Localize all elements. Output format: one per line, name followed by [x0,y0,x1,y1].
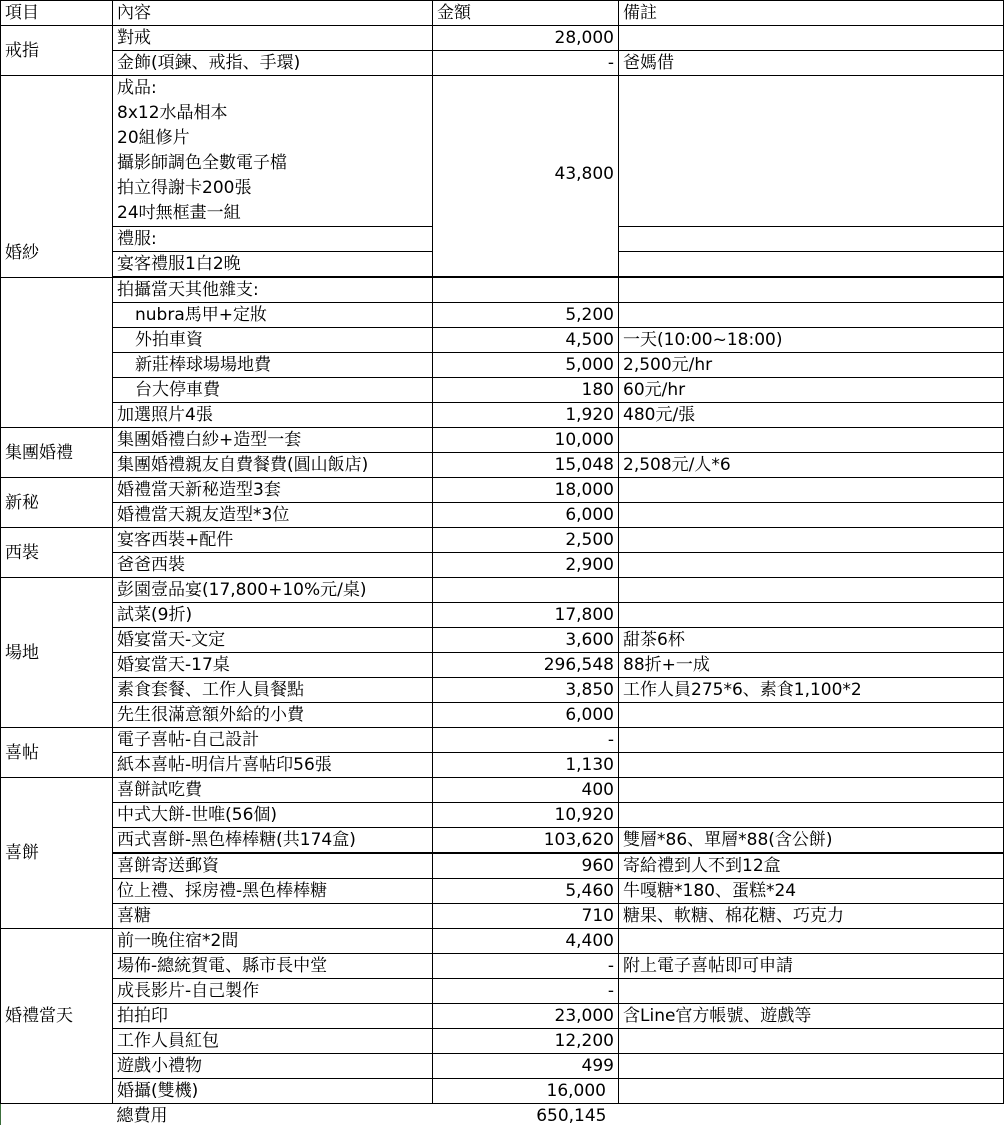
category-cell: 喜帖 [1,728,113,778]
content-cell: 婚攝(雙機) [113,1079,433,1104]
note-cell [619,252,1004,278]
table-row: 婚禮當天 前一晚住宿*2間 4,400 [1,929,1004,954]
table-row: 場佈-總統賀電、縣市長中堂 - 附上電子喜帖即可申請 [1,954,1004,979]
table-row: 婚宴當天-文定 3,600 甜茶6杯 [1,628,1004,653]
content-cell: 集團婚禮親友自費餐費(圓山飯店) [113,453,433,478]
table-row: 拍攝當天其他雜支: [1,277,1004,303]
note-cell: 含Line官方帳號、遊戲等 [619,1004,1004,1029]
content-cell: 拍拍印 [113,1004,433,1029]
table-row: 西裝 宴客西裝+配件 2,500 [1,528,1004,553]
note-cell [619,929,1004,954]
content-cell: 場佈-總統賀電、縣市長中堂 [113,954,433,979]
header-content: 內容 [113,1,433,26]
amount-cell: 400 [433,778,619,803]
table-row: 集團婚禮 集團婚禮白紗+造型一套 10,000 [1,428,1004,453]
total-row: 總費用 650,145 [1,1104,1004,1125]
table-row: 加選照片4張 1,920 480元/張 [1,403,1004,428]
amount-cell: 10,920 [433,803,619,828]
table-row: 位上禮、採房禮-黑色棒棒糖 5,460 牛嘎糖*180、蛋糕*24 [1,879,1004,904]
note-cell: 一天(10:00~18:00) [619,328,1004,353]
note-cell [619,428,1004,453]
table-row: 新秘 婚禮當天新秘造型3套 18,000 [1,478,1004,503]
content-cell: 先生很滿意額外給的小費 [113,703,433,728]
content-cell: 彭園壹品宴(17,800+10%元/桌) [113,578,433,603]
amount-cell: 12,200 [433,1029,619,1054]
amount-cell: 5,200 [433,303,619,328]
package-line: 20組修片 [117,126,428,151]
category-cell: 婚紗 [1,76,113,278]
amount-cell: 15,048 [433,453,619,478]
amount-cell: 180 [433,378,619,403]
table-row: 婚宴當天-17桌 296,548 88折+一成 [1,653,1004,678]
amount-cell: 6,000 [433,503,619,528]
table-row: 先生很滿意額外給的小費 6,000 [1,703,1004,728]
content-cell: 位上禮、採房禮-黑色棒棒糖 [113,879,433,904]
amount-cell: 43,800 [433,76,619,278]
amount-cell [433,578,619,603]
content-cell: 新莊棒球場場地費 [113,353,433,378]
amount-cell: 499 [433,1054,619,1079]
table-row: nubra馬甲+定妝 5,200 [1,303,1004,328]
content-cell: 電子喜帖-自己設計 [113,728,433,753]
content-cell: 外拍車資 [113,328,433,353]
content-cell: 喜餅寄送郵資 [113,853,433,879]
header-note: 備註 [619,1,1004,26]
note-cell [619,753,1004,778]
content-cell: 金飾(項鍊、戒指、手環) [113,51,433,76]
content-cell: 婚禮當天新秘造型3套 [113,478,433,503]
amount-cell: 960 [433,853,619,879]
table-row: 西式喜餅-黑色棒棒糖(共174盒) 103,620 雙層*86、單層*88(含公… [1,828,1004,854]
wedding-budget-table: 項目 內容 金額 備註 戒指 對戒 28,000 金飾(項鍊、戒指、手環) - … [0,0,1004,1125]
note-cell [619,803,1004,828]
category-cell: 婚禮當天 [1,929,113,1104]
table-row: 婚攝(雙機) 16,000 [1,1079,1004,1104]
amount-cell: 18,000 [433,478,619,503]
note-cell: 糖果、軟糖、棉花糖、巧克力 [619,904,1004,929]
content-cell: 禮服: [113,227,433,252]
note-cell [619,728,1004,753]
note-cell [619,478,1004,503]
table-row: 外拍車資 4,500 一天(10:00~18:00) [1,328,1004,353]
note-cell: 寄給禮到人不到12盒 [619,853,1004,879]
table-row: 喜糖 710 糖果、軟糖、棉花糖、巧克力 [1,904,1004,929]
content-cell: 宴客西裝+配件 [113,528,433,553]
amount-cell: 4,400 [433,929,619,954]
amount-cell: 16,000 [433,1079,619,1104]
content-cell: 喜餅試吃費 [113,778,433,803]
content-cell: 遊戲小禮物 [113,1054,433,1079]
amount-cell: - [433,728,619,753]
note-cell [619,553,1004,578]
package-line: 攝影師調色全數電子檔 [117,151,428,176]
category-cell: 新秘 [1,478,113,528]
note-cell: 2,508元/人*6 [619,453,1004,478]
amount-cell: 2,900 [433,553,619,578]
amount-cell: 296,548 [433,653,619,678]
category-cell: 戒指 [1,26,113,76]
amount-cell: 3,850 [433,678,619,703]
category-cell: 集團婚禮 [1,428,113,478]
amount-cell: 3,600 [433,628,619,653]
total-label: 總費用 [113,1104,433,1125]
content-cell: 宴客禮服1白2晚 [113,252,433,278]
amount-cell: 1,920 [433,403,619,428]
note-cell [619,26,1004,51]
total-spacer [1,1104,113,1125]
amount-cell: 23,000 [433,1004,619,1029]
amount-cell: - [433,979,619,1004]
amount-cell: 5,460 [433,879,619,904]
amount-cell: 1,130 [433,753,619,778]
note-cell [619,503,1004,528]
amount-cell: 2,500 [433,528,619,553]
note-cell: 附上電子喜帖即可申請 [619,954,1004,979]
note-cell [619,76,1004,227]
table-row: 婚紗 成品: 8x12水晶相本 20組修片 攝影師調色全數電子檔 拍立得謝卡20… [1,76,1004,227]
table-row: 喜帖 電子喜帖-自己設計 - [1,728,1004,753]
table-row: 場地 彭園壹品宴(17,800+10%元/桌) [1,578,1004,603]
content-cell: 試菜(9折) [113,603,433,628]
category-cell-continued [1,277,113,428]
content-cell: 集團婚禮白紗+造型一套 [113,428,433,453]
content-cell: 對戒 [113,26,433,51]
note-cell: 88折+一成 [619,653,1004,678]
content-cell: 喜糖 [113,904,433,929]
amount-cell [433,277,619,303]
note-cell: 60元/hr [619,378,1004,403]
table-row: 素食套餐、工作人員餐點 3,850 工作人員275*6、素食1,100*2 [1,678,1004,703]
table-row: 中式大餅-世唯(56個) 10,920 [1,803,1004,828]
table-row: 工作人員紅包 12,200 [1,1029,1004,1054]
note-cell [619,1029,1004,1054]
amount-cell: 710 [433,904,619,929]
note-cell [619,603,1004,628]
content-cell: 婚宴當天-文定 [113,628,433,653]
table-row: 試菜(9折) 17,800 [1,603,1004,628]
content-cell: 素食套餐、工作人員餐點 [113,678,433,703]
package-content-cell: 成品: 8x12水晶相本 20組修片 攝影師調色全數電子檔 拍立得謝卡200張 … [113,76,433,227]
note-cell [619,1054,1004,1079]
amount-cell: 4,500 [433,328,619,353]
amount-cell: - [433,51,619,76]
content-cell: 工作人員紅包 [113,1029,433,1054]
package-line: 24吋無框畫一組 [117,201,428,226]
table-row: 爸爸西裝 2,900 [1,553,1004,578]
header-amount: 金額 [433,1,619,26]
content-cell: nubra馬甲+定妝 [113,303,433,328]
table-row: 喜餅 喜餅試吃費 400 [1,778,1004,803]
table-row: 拍拍印 23,000 含Line官方帳號、遊戲等 [1,1004,1004,1029]
content-cell: 西式喜餅-黑色棒棒糖(共174盒) [113,828,433,854]
table-row: 金飾(項鍊、戒指、手環) - 爸媽借 [1,51,1004,76]
table-row: 台大停車費 180 60元/hr [1,378,1004,403]
table-row: 喜餅寄送郵資 960 寄給禮到人不到12盒 [1,853,1004,879]
note-cell: 牛嘎糖*180、蛋糕*24 [619,879,1004,904]
amount-cell: - [433,954,619,979]
content-cell: 婚禮當天親友造型*3位 [113,503,433,528]
note-cell [619,227,1004,252]
content-cell: 加選照片4張 [113,403,433,428]
amount-cell: 6,000 [433,703,619,728]
category-cell: 喜餅 [1,778,113,929]
amount-cell: 28,000 [433,26,619,51]
amount-cell: 17,800 [433,603,619,628]
amount-cell: 103,620 [433,828,619,854]
table-row: 戒指 對戒 28,000 [1,26,1004,51]
note-cell: 雙層*86、單層*88(含公餅) [619,828,1004,854]
table-row: 紙本喜帖-明信片喜帖印56張 1,130 [1,753,1004,778]
note-cell: 工作人員275*6、素食1,100*2 [619,678,1004,703]
content-cell: 台大停車費 [113,378,433,403]
content-cell: 紙本喜帖-明信片喜帖印56張 [113,753,433,778]
table-row: 遊戲小禮物 499 [1,1054,1004,1079]
table-row: 集團婚禮親友自費餐費(圓山飯店) 15,048 2,508元/人*6 [1,453,1004,478]
amount-cell: 10,000 [433,428,619,453]
package-line: 成品: [117,76,428,101]
amount-cell: 5,000 [433,353,619,378]
content-cell: 拍攝當天其他雜支: [113,277,433,303]
header-category: 項目 [1,1,113,26]
content-cell: 爸爸西裝 [113,553,433,578]
note-cell [619,778,1004,803]
note-cell [619,703,1004,728]
note-cell: 爸媽借 [619,51,1004,76]
note-cell [619,277,1004,303]
note-cell: 甜茶6杯 [619,628,1004,653]
content-cell: 成長影片-自己製作 [113,979,433,1004]
content-cell: 婚宴當天-17桌 [113,653,433,678]
content-cell: 中式大餅-世唯(56個) [113,803,433,828]
table-row: 成長影片-自己製作 - [1,979,1004,1004]
content-cell: 前一晚住宿*2間 [113,929,433,954]
note-cell: 480元/張 [619,403,1004,428]
category-cell: 西裝 [1,528,113,578]
table-row: 婚禮當天親友造型*3位 6,000 [1,503,1004,528]
total-note-spacer [619,1104,1004,1125]
table-row: 新莊棒球場場地費 5,000 2,500元/hr [1,353,1004,378]
header-row: 項目 內容 金額 備註 [1,1,1004,26]
package-line: 8x12水晶相本 [117,101,428,126]
note-cell [619,578,1004,603]
note-cell [619,528,1004,553]
note-cell [619,303,1004,328]
total-amount: 650,145 [433,1104,619,1125]
note-cell [619,979,1004,1004]
category-cell: 場地 [1,578,113,728]
package-line: 拍立得謝卡200張 [117,176,428,201]
note-cell [619,1079,1004,1104]
note-cell: 2,500元/hr [619,353,1004,378]
